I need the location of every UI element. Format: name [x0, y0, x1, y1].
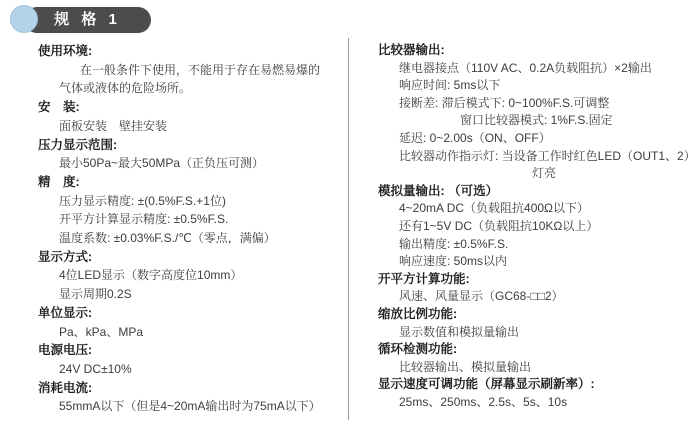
- spec-line: 4位LED显示（数字高度位10mm）: [59, 266, 338, 285]
- spec-section-heading: 安 装:: [38, 98, 338, 117]
- spec-section-heading: 比较器输出:: [378, 42, 696, 60]
- column-divider: [348, 38, 349, 420]
- spec-section-heading: 压力显示范围:: [38, 136, 338, 155]
- spec-section-heading: 缩放比例功能:: [378, 306, 696, 324]
- spec-line: 灯亮: [532, 165, 696, 183]
- spec-section-heading: 精 度:: [38, 173, 338, 192]
- spec-line: 55mmA以下（但是4~20mA输出时为75mA以下）: [59, 397, 338, 416]
- spec-column-left: 使用环境:在一般条件下使用，不能用于存在易燃易爆的气体或液体的危险场所。安 装:…: [38, 42, 338, 416]
- spec-line: 还有1~5V DC（负载阻抗10KΩ以上）: [399, 218, 696, 236]
- spec-line: 气体或液体的危险场所。: [59, 79, 338, 98]
- spec-section-heading: 显示方式:: [38, 248, 338, 267]
- spec-line: 面板安装 壁挂安装: [59, 117, 338, 136]
- spec-line: 继电器接点（110V AC、0.2A负载阻抗）×2输出: [399, 60, 696, 78]
- spec-section-heading: 循环检测功能:: [378, 341, 696, 359]
- spec-line: 显示周期0.2S: [59, 285, 338, 304]
- spec-line: 风速、风量显示（GC68-□□2）: [399, 288, 696, 306]
- spec-column-right: 比较器输出:继电器接点（110V AC、0.2A负载阻抗）×2输出响应时间: 5…: [378, 42, 696, 411]
- spec-line: 显示数值和模拟量输出: [399, 324, 696, 342]
- spec-section-heading: 使用环境:: [38, 42, 338, 61]
- spec-section-heading: 开平方计算功能:: [378, 271, 696, 289]
- spec-line: 温度系数: ±0.03%F.S./℃（零点，满偏）: [59, 229, 338, 248]
- spec-section-heading: 消耗电流:: [38, 379, 338, 398]
- spec-line: 窗口比较器模式: 1%F.S.固定: [460, 112, 696, 130]
- spec-line: 最小50Pa~最大50MPa（正负压可测）: [59, 154, 338, 173]
- header-bullet-circle: [10, 5, 38, 33]
- spec-line: Pa、kPa、MPa: [59, 323, 338, 342]
- spec-section-heading: 模拟量输出: （可选）: [378, 183, 696, 201]
- spec-line: 响应时间: 5ms以下: [399, 77, 696, 95]
- spec-line: 在一般条件下使用，不能用于存在易燃易爆的: [80, 61, 338, 80]
- spec-section-heading: 显示速度可调功能（屏幕显示刷新率）:: [378, 376, 696, 394]
- spec-line: 比较器输出、模拟量输出: [399, 359, 696, 377]
- spec-line: 24V DC±10%: [59, 360, 338, 379]
- spec-line: 压力显示精度: ±(0.5%F.S.+1位): [59, 192, 338, 211]
- spec-line: 4~20mA DC（负载阻抗400Ω以下）: [399, 200, 696, 218]
- spec-section-heading: 电源电压:: [38, 341, 338, 360]
- spec-line: 接断差: 滞后模式下: 0~100%F.S.可调整: [399, 95, 696, 113]
- spec-line: 输出精度: ±0.5%F.S.: [399, 236, 696, 254]
- spec-line: 比较器动作指示灯: 当设备工作时红色LED（OUT1、2）: [399, 148, 696, 166]
- spec-sheet-page: 规 格 1 使用环境:在一般条件下使用，不能用于存在易燃易爆的气体或液体的危险场…: [0, 0, 700, 423]
- spec-line: 开平方计算显示精度: ±0.5%F.S.: [59, 210, 338, 229]
- spec-line: 响应速度: 50ms以内: [399, 253, 696, 271]
- page-title: 规 格 1: [24, 7, 151, 33]
- spec-line: 延迟: 0~2.00s（ON、OFF）: [399, 130, 696, 148]
- spec-section-heading: 单位显示:: [38, 304, 338, 323]
- spec-line: 25ms、250ms、2.5s、5s、10s: [399, 394, 696, 412]
